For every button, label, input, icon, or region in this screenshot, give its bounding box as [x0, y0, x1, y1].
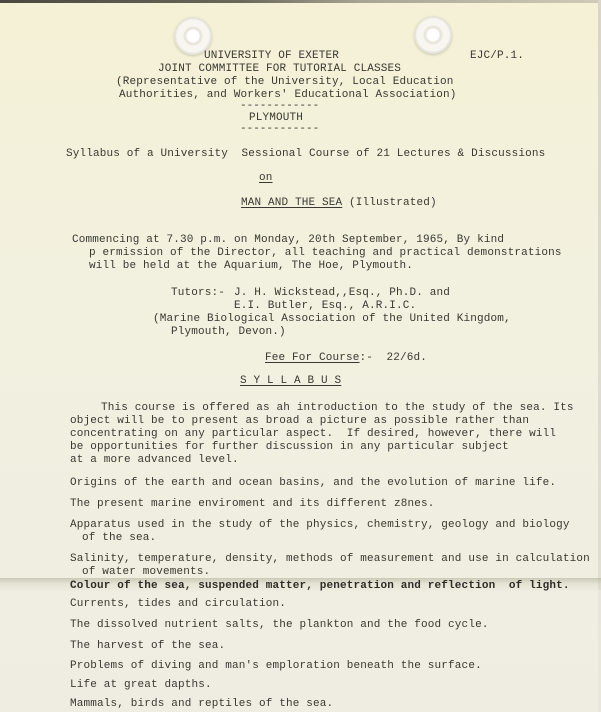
tutor-2: E.I. Butler, Esq., A.R.I.C. [234, 300, 416, 313]
syllabus-topic: The harvest of the sea. [70, 640, 225, 653]
syllabus-intro-line-1: This course is offered as ah introductio… [101, 402, 574, 415]
syllabus-topic: Life at great dapths. [70, 679, 212, 692]
syllabus-topic: Salinity, temperature, density, methods … [70, 553, 590, 566]
syllabus-topic: Origins of the earth and ocean basins, a… [70, 477, 556, 490]
committee-name: JOINT COMMITTEE FOR TUTORIAL CLASSES [158, 63, 401, 76]
course-title-line: MAN AND THE SEA (Illustrated) [241, 197, 437, 210]
syllabus-intro-line-5: at a more advanced level. [70, 454, 239, 467]
syllabus-heading: S Y L L A B U S [240, 375, 341, 388]
representative-line-1: (Representative of the University, Local… [116, 76, 454, 89]
syllabus-topic: Mammals, birds and reptiles of the sea. [70, 698, 333, 711]
syllabus-topic-continued: of the sea. [82, 532, 156, 545]
course-title-suffix: (Illustrated) [349, 197, 437, 209]
syllabus-topic: The present marine enviroment and its di… [70, 498, 435, 511]
reinforcement-ring-icon [414, 16, 452, 54]
syllabus-intro-line-2: object will be to present as broad a pic… [70, 415, 529, 428]
affiliation-line-1: (Marine Biological Association of the Un… [153, 313, 511, 326]
tutors-label: Tutors:- [171, 287, 225, 300]
commencing-line-1: Commencing at 7.30 p.m. on Monday, 20th … [72, 234, 504, 247]
fee-line: Fee For Course:- 22/6d. [265, 352, 427, 365]
syllabus-topic: Currents, tides and circulation. [70, 598, 286, 611]
document-reference: EJC/P.1. [470, 50, 524, 63]
page-top-edge [0, 0, 601, 3]
syllabus-topic: Problems of diving and man's emploration… [70, 660, 482, 673]
commencing-line-2: p ermission of the Director, all teachin… [89, 247, 562, 260]
syllabus-topic: Colour of the sea, suspended matter, pen… [70, 580, 570, 593]
course-intro: Syllabus of a University Sessional Cours… [66, 148, 545, 161]
syllabus-intro-line-4: be opportunities for further discussion … [70, 441, 509, 454]
course-title: MAN AND THE SEA [241, 197, 342, 209]
fee-label: Fee For Course [265, 352, 360, 364]
institution-name: UNIVERSITY OF EXETER [204, 50, 339, 63]
tutor-1: J. H. Wickstead,,Esq., Ph.D. and [234, 287, 450, 300]
syllabus-topic: Apparatus used in the study of the physi… [70, 519, 570, 532]
commencing-line-3: will be held at the Aquarium, The Hoe, P… [89, 260, 413, 273]
affiliation-line-2: Plymouth, Devon.) [171, 326, 286, 339]
fee-value: :- 22/6d. [360, 352, 428, 364]
syllabus-topic: The dissolved nutrient salts, the plankt… [70, 619, 489, 632]
course-on: on [259, 172, 273, 185]
header-rule-bottom: ------------ [240, 123, 319, 136]
syllabus-topic-continued: of water movements. [82, 566, 210, 579]
syllabus-intro-line-3: concentrating on any particular aspect. … [70, 428, 556, 441]
